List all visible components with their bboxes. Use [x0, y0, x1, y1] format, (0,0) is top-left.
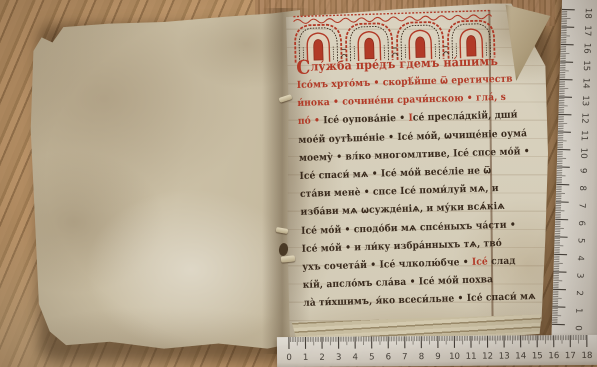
ruler-number: 15	[532, 351, 543, 361]
ruler-number: 6	[386, 352, 392, 362]
black-ink-text: Ісе́ оупова́ніе •	[323, 113, 409, 127]
red-ink-text: лу́жба пре́дъ гдемъ на́шимъ	[310, 54, 498, 74]
red-ink-text: Ісе́	[472, 256, 488, 267]
ruler-number: 3	[336, 353, 342, 363]
black-ink-text: кі́й, апсло́мъ сла́ва • Ісе́ мо́й похва	[303, 274, 494, 291]
ruler-number: 11	[579, 130, 589, 141]
ruler-number: 15	[581, 60, 591, 71]
ruler-number: 10	[449, 352, 460, 362]
ruler-number: 17	[565, 351, 576, 361]
ruler-number: 17	[582, 25, 592, 36]
ruler-number: 9	[578, 168, 588, 174]
ruler-number: 13	[499, 351, 510, 361]
ruler-number: 12	[579, 113, 589, 124]
left-page-blank-stained	[28, 10, 300, 352]
ruler-number: 12	[482, 352, 493, 362]
ruler-number: 0	[573, 325, 583, 331]
ruler-number: 1	[573, 308, 583, 314]
black-ink-text: ухъ сочета́й • Ісе́ члколю́бче •	[302, 257, 472, 273]
ruler-number: 7	[402, 352, 408, 362]
ruler-number: 4	[575, 255, 585, 261]
black-ink-text: Ісе́ спаси́ мѧ • Ісе́ мо́й весе́ліе не ѿ	[299, 165, 491, 182]
ruler-number: 6	[576, 220, 586, 226]
ruler-number: 14	[515, 351, 526, 361]
red-ink-text: и́нока • сочине́ни срачи́нскою • гла́, ѕ	[297, 92, 506, 109]
ruler-number: 2	[319, 353, 325, 363]
ruler-number: 5	[369, 352, 375, 362]
ruler-number: 11	[466, 352, 477, 362]
ruler-number: 1	[303, 353, 309, 363]
black-ink-text: изба́ви мѧ ѡсужде́ніѧ, и му́ки всѧ́кіѧ	[300, 201, 505, 218]
ruler-number: 3	[574, 273, 584, 279]
ruler-number: 13	[580, 95, 590, 106]
ruler-number: 14	[580, 78, 590, 89]
ruler-number: 7	[577, 203, 587, 209]
ruler-number: 8	[419, 352, 425, 362]
black-ink-text: Ісе́ мо́й • сподо́би мѧ спсе́ныхъ ча́сти…	[301, 219, 516, 236]
ruler-number: 5	[575, 238, 585, 244]
ruler-number: 18	[582, 8, 592, 19]
manuscript-text: Слу́жба пре́дъ гдемъ на́шимъІсо́мъ хрто́…	[296, 51, 495, 313]
photo-scene: Слу́жба пре́дъ гдемъ на́шимъІсо́мъ хрто́…	[0, 0, 597, 367]
ruler-number: 0	[286, 353, 292, 363]
black-ink-text: слад	[488, 256, 516, 268]
ruler-number: 8	[577, 185, 587, 191]
ruler-number: 16	[581, 43, 591, 54]
ruler-number: 9	[435, 352, 441, 362]
ruler-number: 16	[548, 351, 559, 361]
black-ink-text: ста́ви менѐ • спсе Ісе́ поми́луй мѧ, и	[300, 183, 499, 200]
ruler-number: 10	[578, 148, 588, 159]
red-ink-text: Ісо́мъ хрто́мъ • скорѣ́йше ѿ еретичеств	[297, 74, 513, 91]
ruler-number: 18	[581, 351, 592, 361]
horizontal-ruler: 0123456789101112131415161718	[277, 335, 597, 367]
black-ink-text: Ісе́ мо́й • и ли́ку избра́нныхъ тѧ, тво́	[302, 238, 503, 255]
red-ink-text: по́ •	[298, 116, 324, 128]
ruler-number: 2	[574, 290, 584, 296]
ruler-number: 4	[352, 353, 358, 363]
